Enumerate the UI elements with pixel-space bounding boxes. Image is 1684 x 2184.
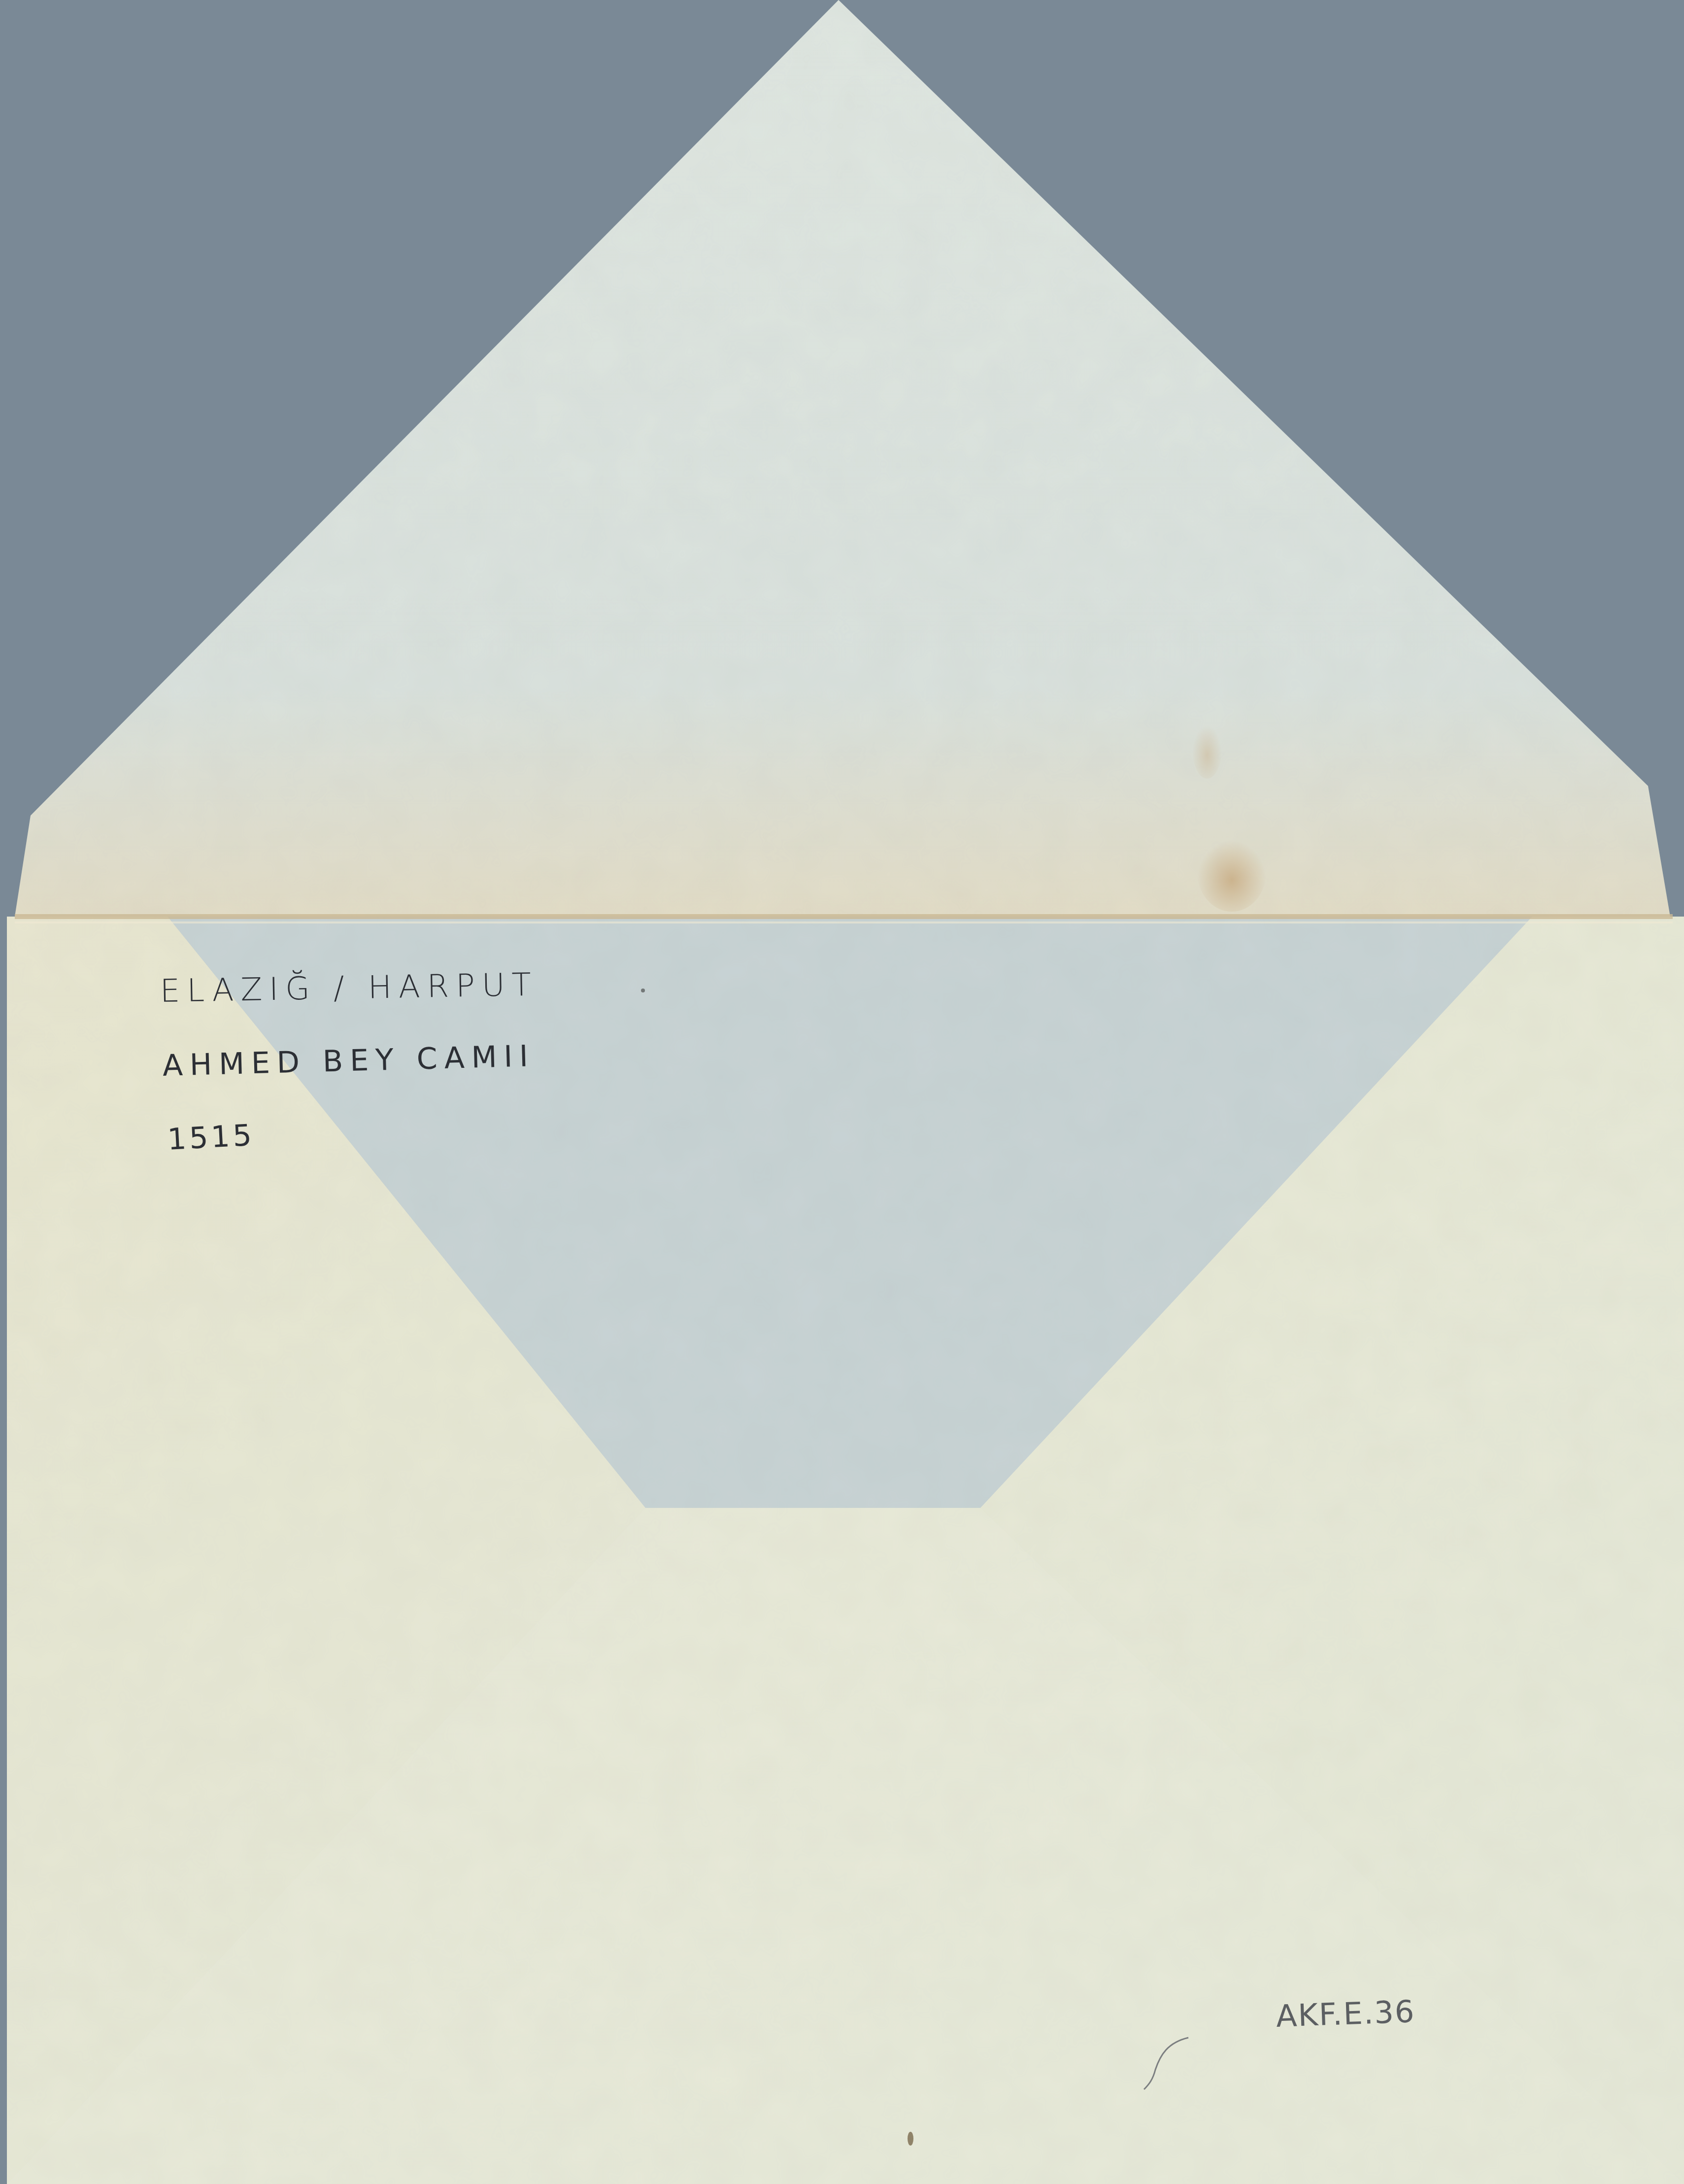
envelope-body xyxy=(7,917,1684,2184)
stain-mark xyxy=(1192,719,1222,779)
catalog-number: AKF.E.36 xyxy=(1276,1993,1416,2034)
speck xyxy=(908,2132,913,2146)
envelope-scan xyxy=(0,0,1684,2184)
handwritten-date: 1515 xyxy=(167,1118,255,1157)
stain-mark xyxy=(1197,833,1266,912)
handwritten-location: ELAZIĞ / HARPUT xyxy=(160,967,538,1010)
